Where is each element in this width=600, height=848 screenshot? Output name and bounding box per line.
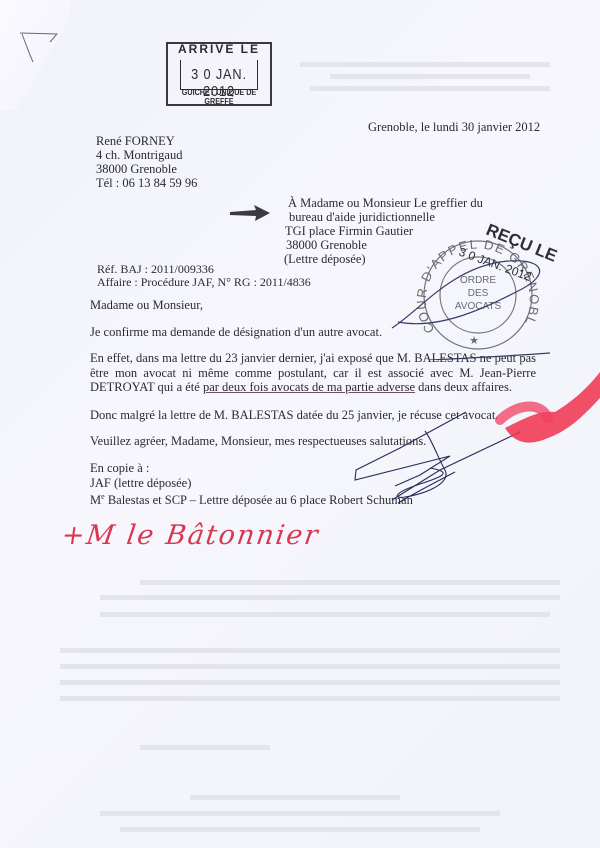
affaire: Affaire : Procédure JAF, N° RG : 2011/48… bbox=[97, 276, 311, 289]
bleed-through bbox=[60, 648, 560, 653]
scanned-page: ARRIVÉ LE 3 0 JAN. 2012 GUICHET UNIQUE D… bbox=[0, 0, 600, 848]
bleed-through bbox=[120, 827, 480, 832]
bleed-through bbox=[140, 745, 270, 750]
copy-prefix: M bbox=[90, 493, 101, 507]
references: Réf. BAJ : 2011/009336 Affaire : Procédu… bbox=[97, 263, 311, 289]
received-stamp: COUR D'APPEL DE GRENOBLE ORDRE DES AVOCA… bbox=[390, 210, 570, 360]
copy-rest: Balestas et SCP – Lettre déposée au 6 pl… bbox=[105, 493, 413, 507]
arrow-right-icon bbox=[228, 203, 272, 223]
stamp-title: ARRIVÉ LE bbox=[168, 42, 270, 56]
date-line: Grenoble, le lundi 30 janvier 2012 bbox=[368, 120, 540, 134]
sender-block: René FORNEY 4 ch. Montrigaud 38000 Greno… bbox=[96, 134, 197, 190]
copy-line: JAF (lettre déposée) bbox=[90, 476, 413, 491]
paragraph-1: Je confirme ma demande de désignation d'… bbox=[90, 325, 382, 339]
bleed-through bbox=[100, 811, 500, 816]
bleed-through bbox=[330, 74, 530, 79]
paragraph-3: Donc malgré la lettre de M. BALESTAS dat… bbox=[90, 408, 498, 422]
bleed-through bbox=[310, 86, 550, 91]
star-icon: ★ bbox=[469, 335, 479, 347]
sender-street: 4 ch. Montrigaud bbox=[96, 148, 197, 162]
copies-block: En copie à : JAF (lettre déposée) Me Bal… bbox=[90, 461, 413, 508]
stamp-center-2: DES bbox=[468, 288, 489, 299]
bleed-through bbox=[100, 612, 550, 617]
bleed-through bbox=[60, 680, 560, 685]
arrival-stamp: ARRIVÉ LE 3 0 JAN. 2012 GUICHET UNIQUE D… bbox=[166, 42, 272, 106]
copy-line: Me Balestas et SCP – Lettre déposée au 6… bbox=[90, 490, 413, 508]
bleed-through bbox=[300, 62, 550, 67]
bleed-through bbox=[60, 664, 560, 669]
bleed-through bbox=[190, 795, 400, 800]
sender-city: 38000 Grenoble bbox=[96, 162, 197, 176]
stamp-center-1: ORDRE bbox=[460, 275, 496, 286]
underlined-text: par deux fois avocats de ma partie adver… bbox=[203, 380, 415, 394]
sender-phone: Tél : 06 13 84 59 96 bbox=[96, 176, 197, 190]
stamp-footer: GUICHET UNIQUE DE GREFFE bbox=[172, 88, 266, 106]
bleed-through bbox=[140, 580, 560, 585]
sender-name: René FORNEY bbox=[96, 134, 197, 148]
copies-label: En copie à : bbox=[90, 461, 413, 476]
recipient-line: À Madame ou Monsieur Le greffier du bbox=[288, 196, 483, 210]
bleed-through bbox=[60, 696, 560, 701]
salutation: Madame ou Monsieur, bbox=[90, 298, 203, 312]
page-fold bbox=[0, 0, 70, 110]
bleed-through bbox=[100, 595, 560, 600]
handwritten-note: +M le Bâtonnier bbox=[60, 520, 322, 551]
p2-text-end: dans deux affaires. bbox=[415, 380, 512, 394]
closing: Veuillez agréer, Madame, Monsieur, mes r… bbox=[90, 434, 426, 448]
